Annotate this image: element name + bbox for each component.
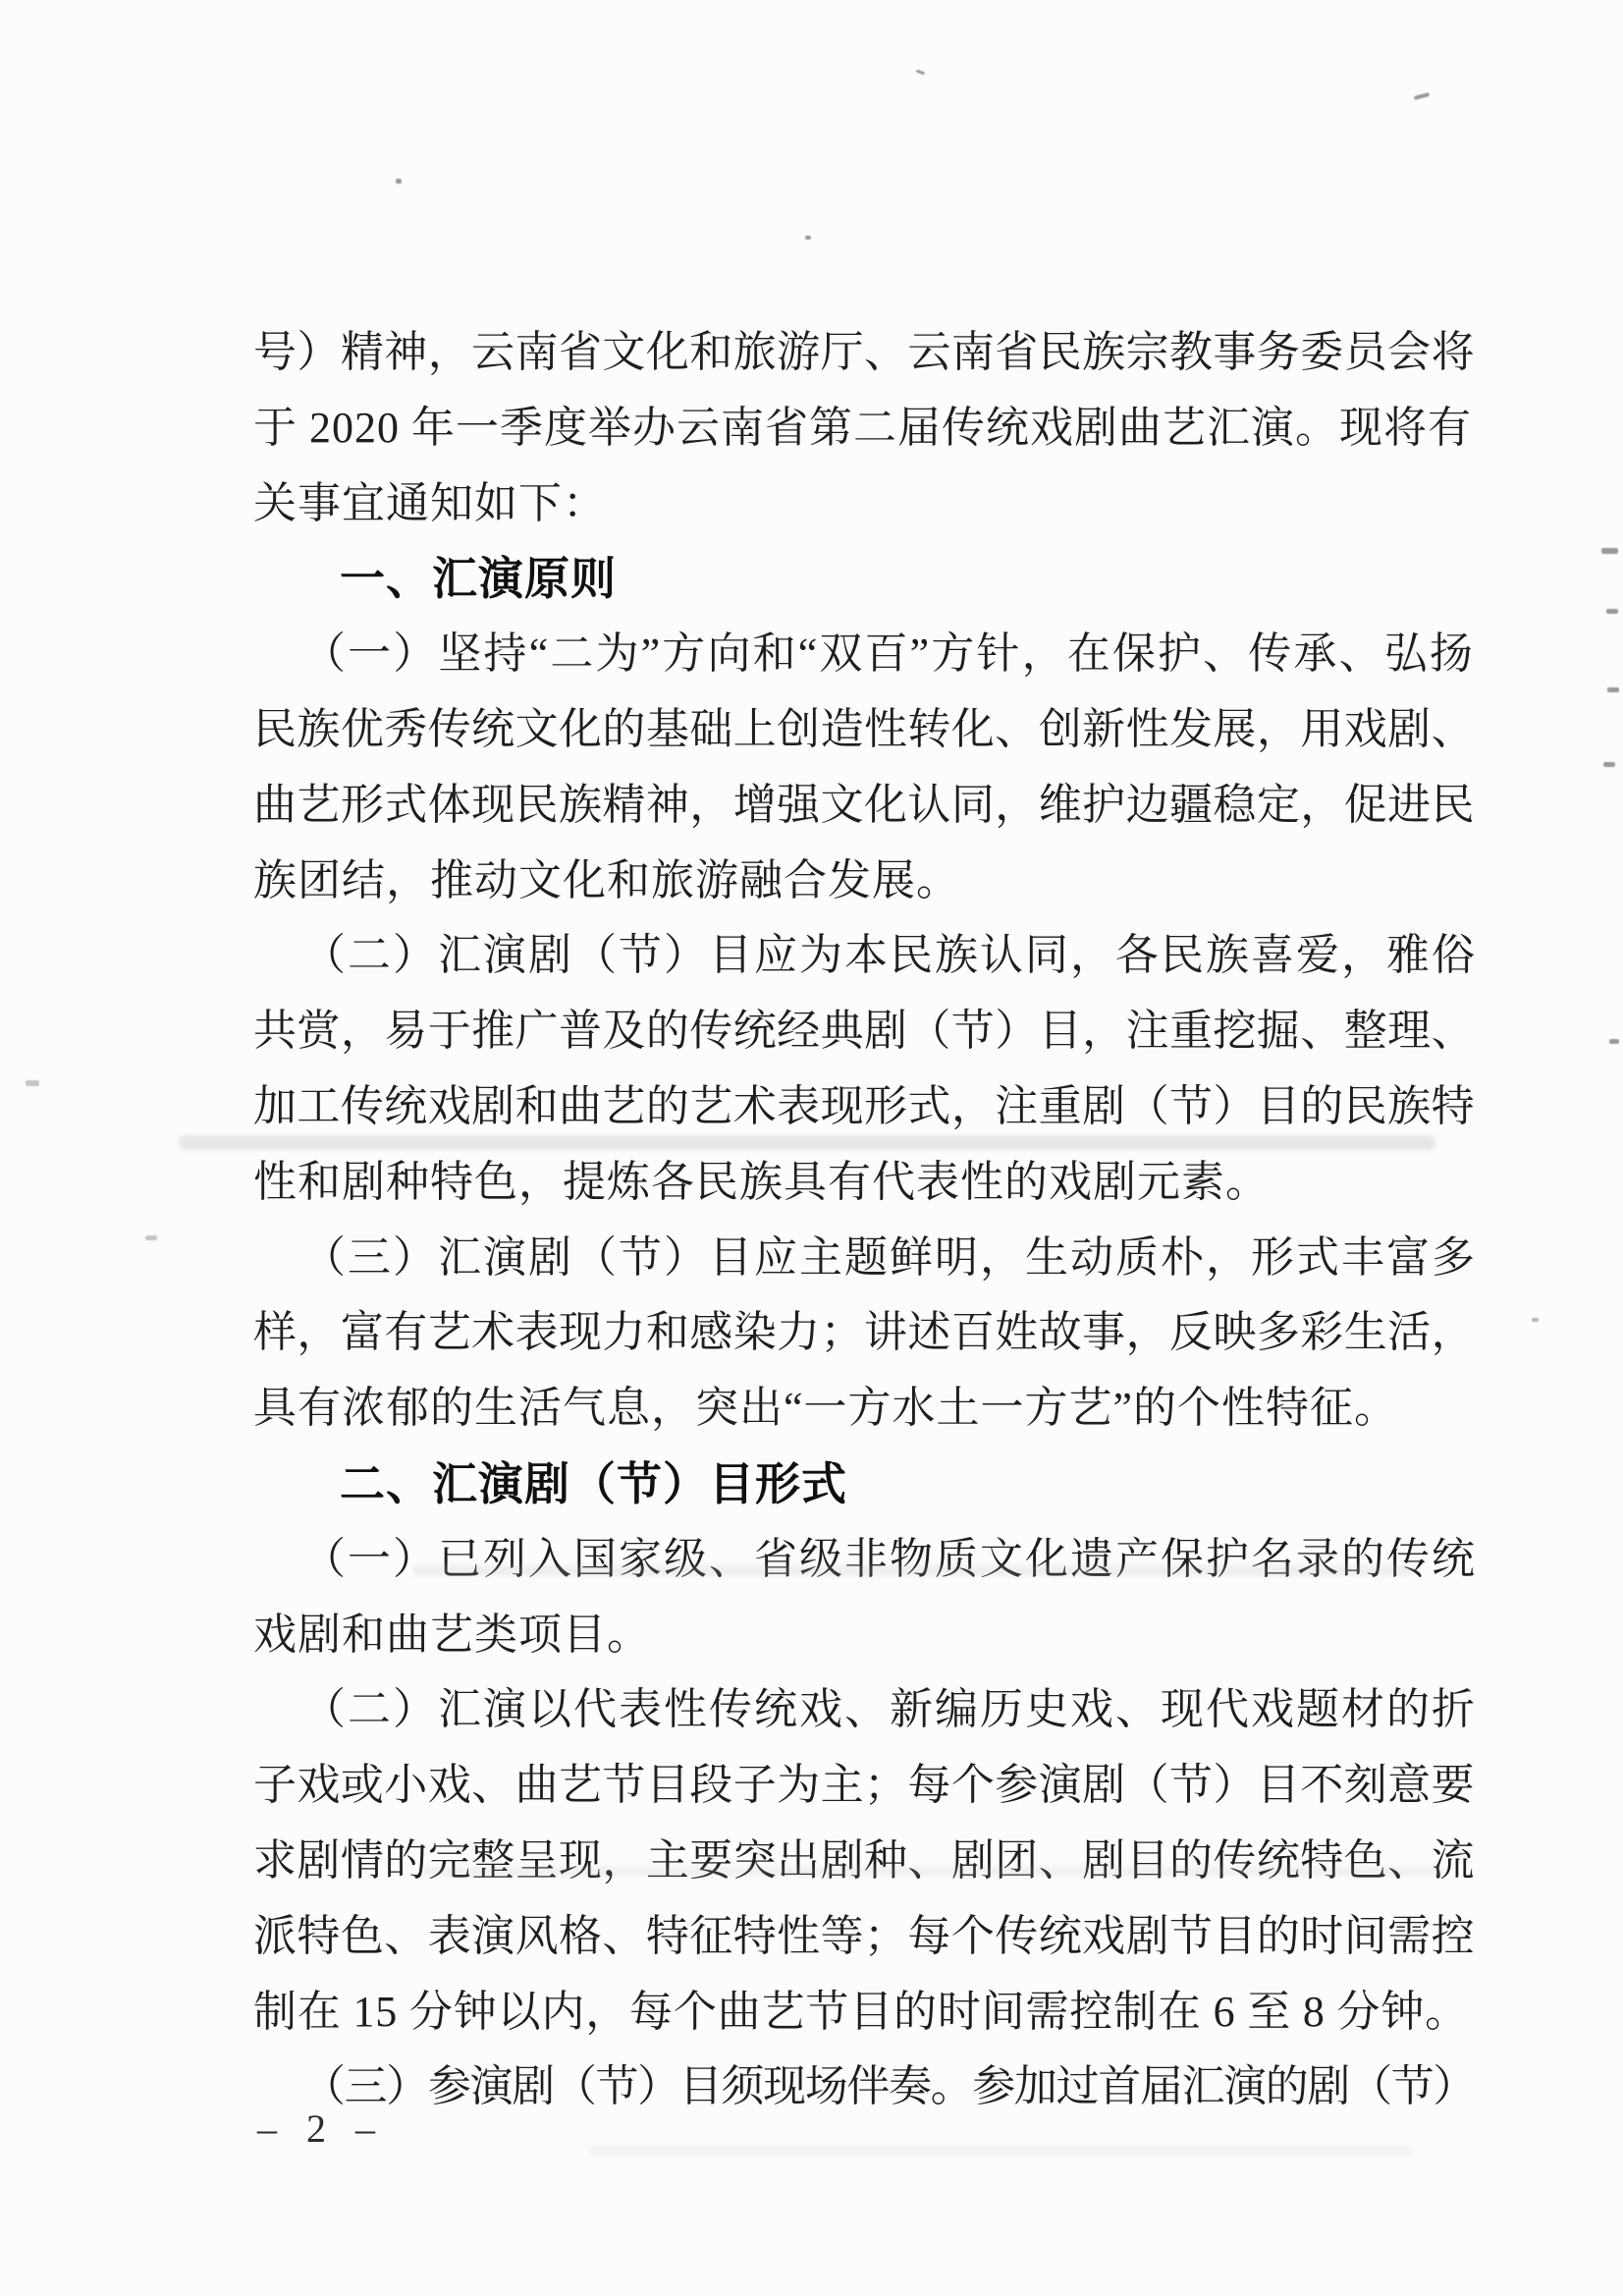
- text-line: （三）参演剧（节）目须现场伴奏。参加过首届汇演的剧（节）: [253, 2058, 1502, 2115]
- scan-smudge: [589, 2147, 1414, 2156]
- text-line: 民族优秀传统文化的基础上创造性转化、创新性发展，用戏剧、: [253, 701, 1502, 758]
- text-line: （一）已列入国家级、省级非物质文化遗产保护名录的传统: [253, 1531, 1502, 1588]
- text-line: 号）精神，云南省文化和旅游厅、云南省民族宗教事务委员会将: [253, 324, 1502, 381]
- scan-speck: [26, 1080, 39, 1086]
- text-line: （二）汇演以代表性传统戏、新编历史戏、现代戏题材的折: [253, 1681, 1502, 1738]
- text-line: 加工传统戏剧和曲艺的艺术表现形式，注重剧（节）目的民族特: [253, 1078, 1502, 1135]
- scan-speck: [396, 179, 402, 184]
- text-line: 子戏或小戏、曲艺节目段子为主；每个参演剧（节）目不刻意要: [253, 1757, 1502, 1814]
- text-line: 共赏，易于推广普及的传统经典剧（节）目，注重挖掘、整理、: [253, 1003, 1502, 1060]
- scan-speck: [916, 70, 925, 76]
- scan-speck: [805, 236, 811, 240]
- scan-speck: [1603, 762, 1615, 767]
- text-line: 具有浓郁的生活气息，突出“一方水土一方艺”的个性特征。: [253, 1380, 1502, 1437]
- text-line: 样，富有艺术表现力和感染力；讲述百姓故事，反映多彩生活，: [253, 1304, 1502, 1361]
- text-line: 性和剧种特色，提炼各民族具有代表性的戏剧元素。: [253, 1154, 1502, 1211]
- scan-speck: [1601, 548, 1618, 554]
- page-number: – 2 –: [257, 2104, 385, 2155]
- text-line: （三）汇演剧（节）目应主题鲜明，生动质朴，形式丰富多: [253, 1230, 1502, 1286]
- text-line: 于 2020 年一季度举办云南省第二届传统戏剧曲艺汇演。现将有: [253, 400, 1502, 457]
- text-line: 族团结，推动文化和旅游融合发展。: [253, 852, 1502, 909]
- text-line: 关事宜通知如下：: [253, 475, 1502, 532]
- text-line: 求剧情的完整呈现，主要突出剧种、剧团、剧目的传统特色、流: [253, 1832, 1502, 1889]
- scan-smudge: [179, 1135, 1435, 1150]
- scan-smudge: [412, 1565, 1414, 1576]
- text-line: （二）汇演剧（节）目应为本民族认同，各民族喜爱，雅俗: [253, 927, 1502, 984]
- text-line: 曲艺形式体现民族精神，增强文化认同，维护边疆稳定，促进民: [253, 777, 1502, 834]
- text-line: 戏剧和曲艺类项目。: [253, 1607, 1502, 1664]
- text-line: 制在 15 分钟以内，每个曲艺节目的时间需控制在 6 至 8 分钟。: [253, 1984, 1502, 2041]
- scan-smudge: [422, 1866, 1443, 1877]
- scan-speck: [1532, 1318, 1539, 1322]
- scan-speck: [1606, 609, 1618, 614]
- scan-speck: [145, 1235, 157, 1240]
- scan-speck: [1607, 687, 1619, 692]
- scan-speck: [1414, 92, 1430, 100]
- section-heading: 二、汇演剧（节）目形式: [253, 1455, 1502, 1512]
- scanned-document-page: 号）精神，云南省文化和旅游厅、云南省民族宗教事务委员会将于 2020 年一季度举…: [0, 0, 1623, 2296]
- scan-speck: [1609, 1039, 1619, 1044]
- section-heading: 一、汇演原则: [253, 550, 1502, 607]
- text-line: （一）坚持“二为”方向和“双百”方针，在保护、传承、弘扬: [253, 626, 1502, 683]
- text-line: 派特色、表演风格、特征特性等；每个传统戏剧节目的时间需控: [253, 1908, 1502, 1965]
